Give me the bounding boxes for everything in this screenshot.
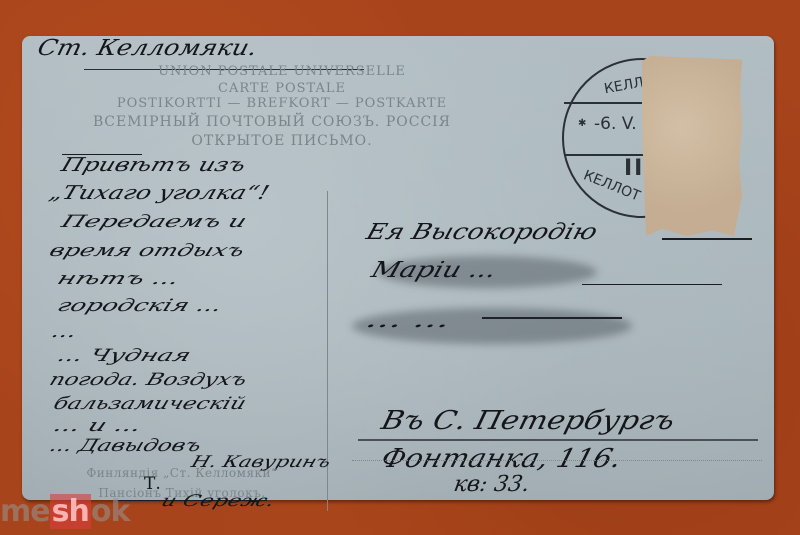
message-line: бальзамическій: [51, 394, 249, 414]
message-line: ... Чудная: [54, 346, 193, 366]
address-line3: ... ...: [362, 308, 456, 333]
message-line: городскія ...: [54, 296, 225, 316]
message-line: время отдыхъ: [46, 241, 247, 261]
postcard: Ст. Келломяки. UNION POSTALE UNIVERSELLE…: [22, 36, 774, 500]
watermark-left: me: [0, 494, 50, 529]
meshok-watermark: meshok: [0, 494, 129, 529]
address-apartment: кв: 33.: [452, 472, 532, 497]
address-line1: Ея Высокородію: [363, 220, 600, 245]
postmark-star-icon: ✱: [578, 118, 586, 129]
address-dotted-line: [352, 460, 762, 461]
address-city-underline: [358, 439, 758, 441]
address-line2: Марiи ...: [368, 258, 499, 283]
postmark-date: -6. V.: [594, 114, 637, 134]
message-line: погода. Воздухъ: [47, 370, 250, 390]
watermark-right: ok: [91, 494, 130, 529]
address-line2-tail: [582, 284, 722, 285]
message-line: Передаемъ и: [58, 212, 250, 232]
printed-header-line2: CARTE POSTALE: [122, 81, 442, 96]
message-line: ... и ...: [50, 416, 145, 436]
message-initial: Т.: [144, 474, 161, 494]
printed-caption-line1: Финляндія „Ст. Келломяки“: [62, 466, 302, 480]
message-closing: и Сереж.: [159, 491, 278, 510]
message-line: ... Давыдовъ: [47, 436, 204, 456]
address-street: Фонтанка, 116.: [378, 444, 625, 474]
printed-header-line5: ОТКРЫТОЕ ПИСЬМО.: [122, 133, 442, 149]
message-line: Привѣтъ изъ: [58, 154, 248, 176]
printed-header-line1: UNION POSTALE UNIVERSELLE: [122, 64, 442, 79]
message-line: нѣтъ ...: [54, 269, 182, 289]
removed-stamp-patch: [642, 56, 742, 236]
watermark-middle: sh: [50, 494, 91, 529]
address-line1-tail: [662, 238, 752, 240]
postmark-top-text: КЕЛЛ: [603, 75, 645, 98]
message-line: „Тихаго уголка“!: [46, 182, 272, 204]
printed-header-line3: POSTIKORTTI — BREFKORT — POSTKARTE: [72, 96, 492, 111]
handwritten-origin: Ст. Келломяки.: [35, 36, 260, 61]
message-line: ...: [48, 322, 80, 342]
address-city: Въ С. Петербургъ: [378, 406, 677, 436]
printed-header-line4: ВСЕМІРНЫЙ ПОЧТОВЫЙ СОЮЗЪ. РОССІЯ: [52, 114, 492, 130]
